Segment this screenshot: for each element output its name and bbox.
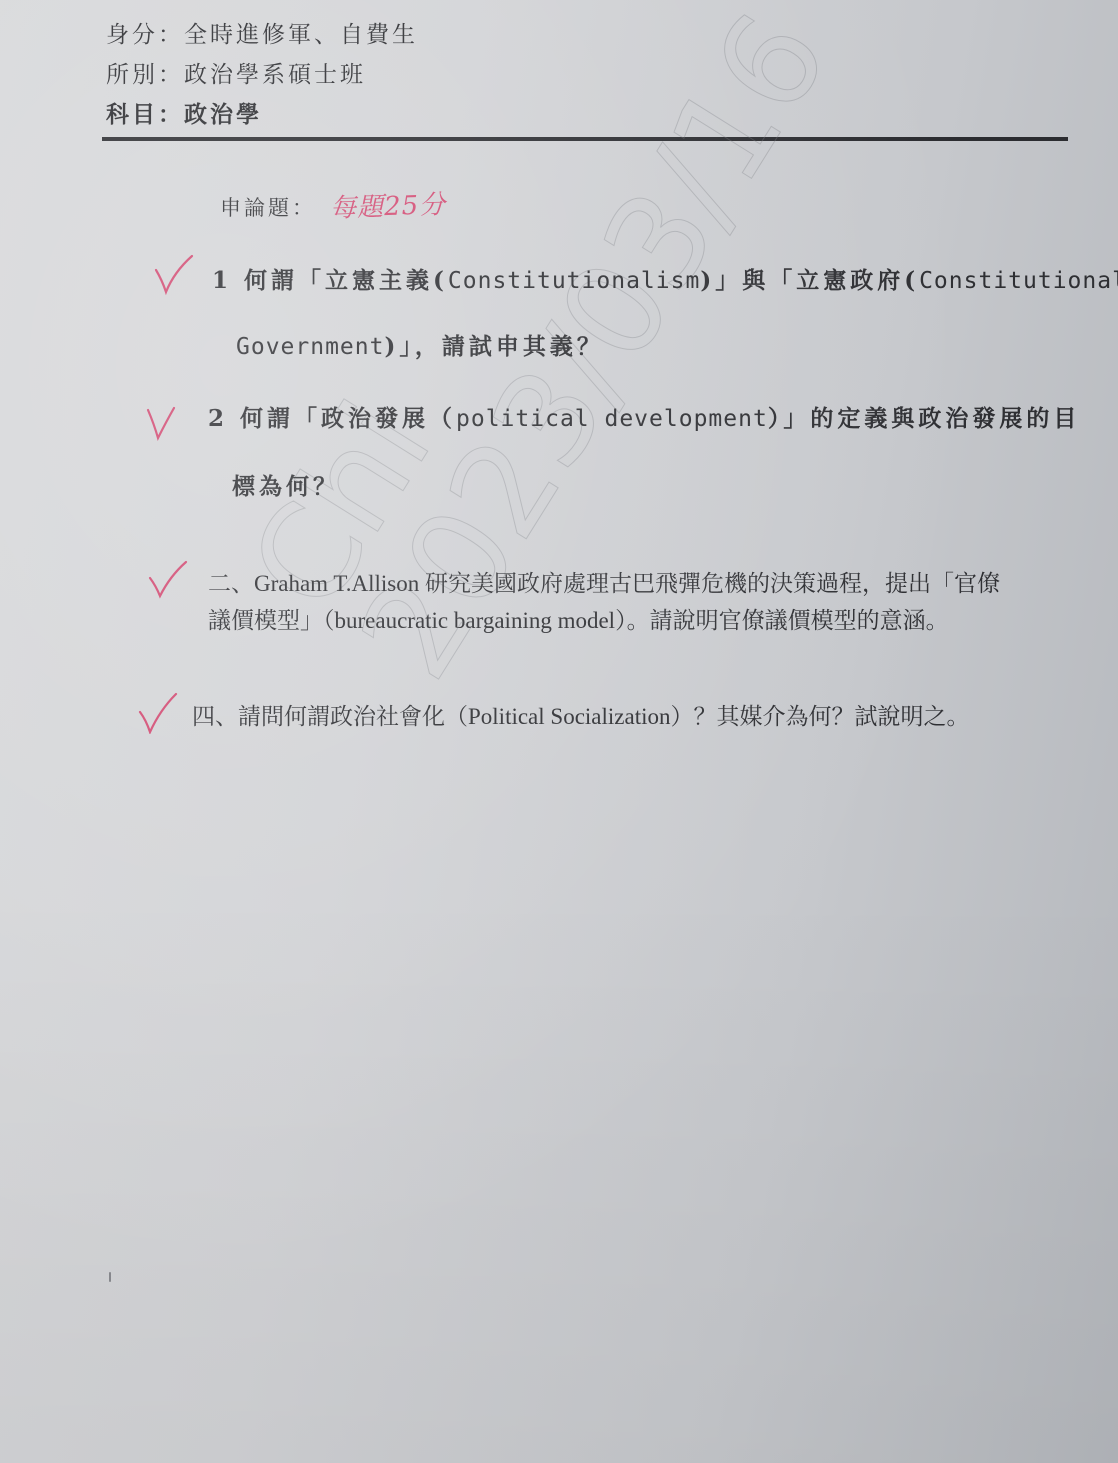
- question-3-line-2: 議價模型」（bureaucratic bargaining model）。請說明…: [208, 602, 949, 635]
- header-divider: [102, 137, 1068, 141]
- handwritten-score-note: 每題25分: [329, 184, 446, 225]
- checkmark-icon: [152, 252, 196, 296]
- department-line: 所別：政治學系碩士班: [106, 56, 366, 89]
- subject-label: 科目：: [106, 101, 184, 128]
- identity-line: 身分：全時進修軍、自費生: [106, 16, 418, 49]
- section-title: 申論題：: [220, 192, 316, 222]
- watermark-line-1: Chi: [230, 0, 737, 629]
- subject-line: 科目：政治學: [106, 96, 262, 129]
- question-1-line-2: Government)」，請試申其義？: [236, 328, 604, 361]
- checkmark-icon: [142, 402, 186, 446]
- question-4-line-1: 四、請問何謂政治社會化（Political Socialization）？其媒介…: [192, 698, 970, 731]
- question-1-line-1: 1 何謂「立憲主義(Constitutionalism)」與「立憲政府(Cons…: [212, 262, 1118, 295]
- identity-value: 全時進修軍、自費生: [184, 22, 418, 48]
- exam-page: 身分：全時進修軍、自費生 所別：政治學系碩士班 科目：政治學 申論題： 每題25…: [0, 0, 1118, 1463]
- checkmark-icon: [136, 690, 180, 734]
- subject-value: 政治學: [184, 101, 262, 128]
- question-2-line-2: 標為何？: [232, 468, 340, 501]
- department-value: 政治學系碩士班: [184, 62, 366, 88]
- department-label: 所別：: [106, 62, 184, 88]
- question-3-line-1: 二、Graham T.Allison 研究美國政府處理古巴飛彈危機的決策過程，提…: [208, 565, 1000, 598]
- question-2-line-1: 2 何謂「政治發展（political development）」的定義與政治發…: [208, 400, 1080, 433]
- checkmark-icon: [146, 558, 190, 602]
- identity-label: 身分：: [106, 22, 184, 48]
- paper-mark: [109, 1272, 111, 1282]
